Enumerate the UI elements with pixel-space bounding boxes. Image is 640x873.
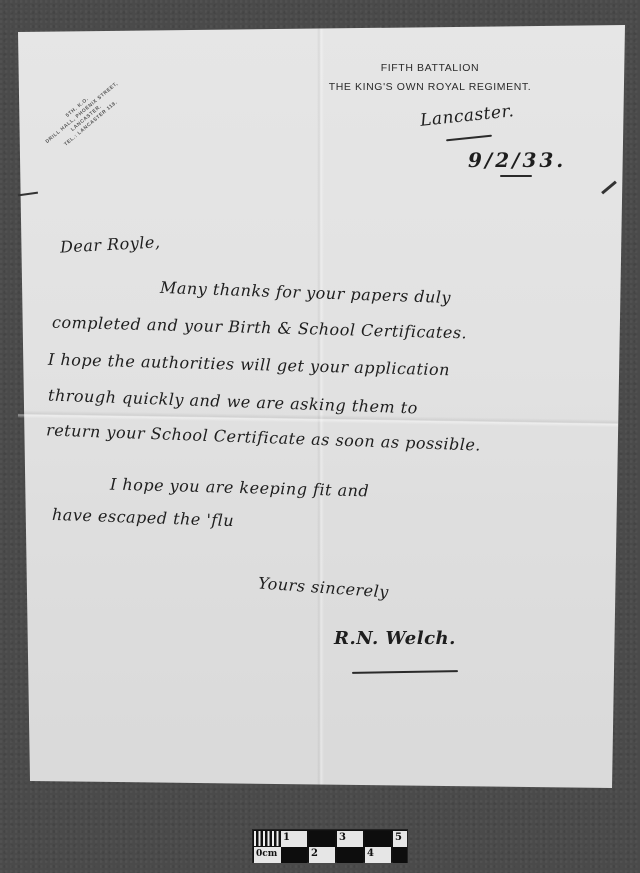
date-underline [500, 175, 532, 177]
unit-name: Fifth Battalion [300, 59, 560, 78]
scale-label: 1 [281, 831, 307, 847]
scale-label: 4 [365, 847, 391, 863]
scale-bar: 1 3 5 0cm 2 4 [252, 829, 408, 863]
millimeter-ticks [254, 831, 281, 846]
signature: R.N. Welch. [334, 628, 456, 649]
letter-date: 9/2/33. [468, 148, 566, 172]
scale-block [281, 847, 307, 863]
scale-block [309, 831, 335, 847]
letterhead-title: Fifth Battalion The King's Own Royal Reg… [300, 59, 560, 97]
scale-label: 3 [337, 831, 363, 847]
scale-block [393, 847, 407, 863]
scale-block [365, 831, 391, 847]
regiment-name: The King's Own Royal Regiment. [300, 78, 560, 97]
scale-label: 5 [393, 831, 407, 847]
scale-block [337, 847, 363, 863]
scale-label: 2 [309, 847, 335, 863]
scale-label: 0cm [254, 847, 281, 863]
